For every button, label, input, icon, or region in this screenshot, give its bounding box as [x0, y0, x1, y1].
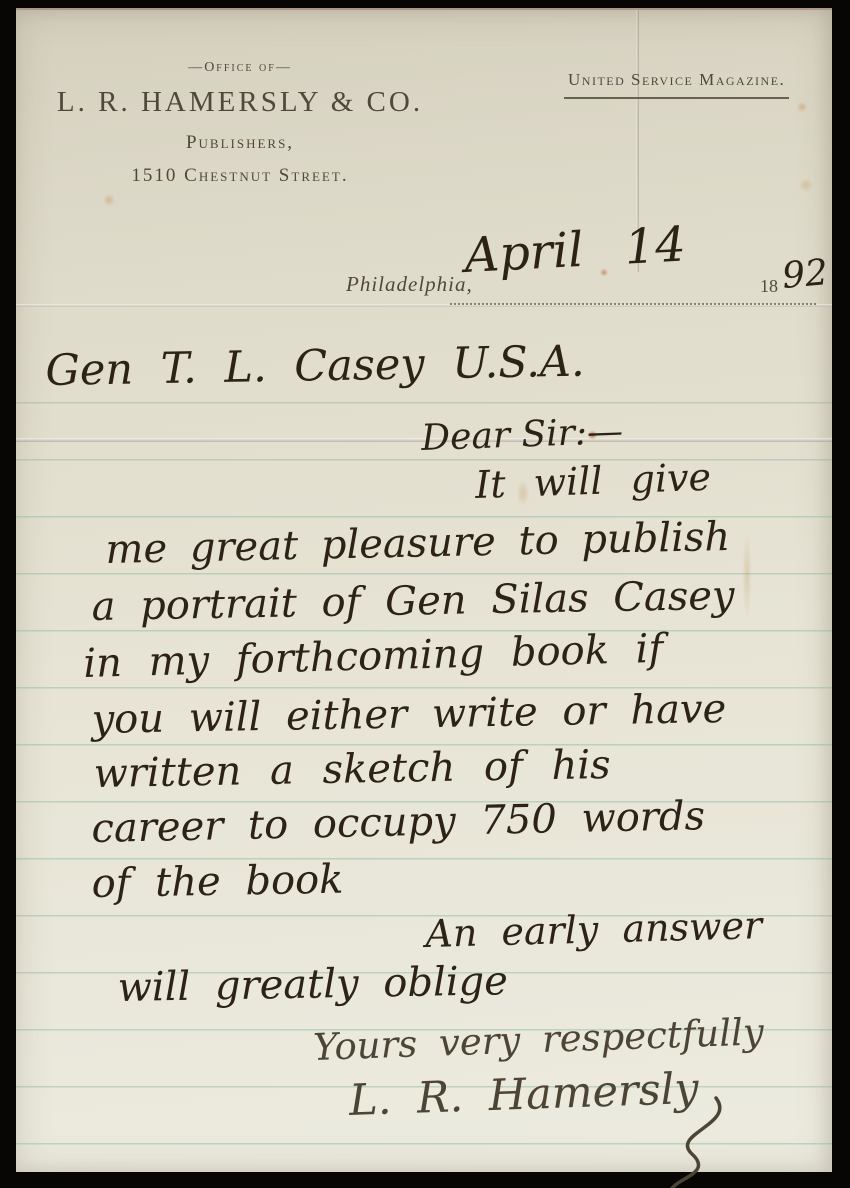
letterhead-publishers: Publishers, — [54, 132, 426, 154]
letter-paper: —Office of— L. R. HAMERSLY & CO. Publish… — [16, 8, 832, 1172]
body-line: career to occupy 750 words — [91, 793, 705, 852]
letterhead-street-address: 1510 Chestnut Street. — [54, 165, 426, 187]
foxing-spot — [796, 102, 808, 112]
body-line: of the book — [91, 857, 344, 907]
body-line: you will either write or have — [91, 686, 726, 743]
body-line: a portrait of Gen Silas Casey — [91, 573, 735, 630]
closing-line: will greatly oblige — [117, 958, 508, 1011]
scanned-letter: —Office of— L. R. HAMERSLY & CO. Publish… — [0, 0, 850, 1188]
body-line: in my forthcoming book if — [83, 626, 664, 687]
handwritten-date: April 14 — [463, 216, 687, 284]
foxing-stain — [742, 530, 752, 620]
foxing-spot — [102, 194, 116, 206]
body-line: It will give — [474, 455, 711, 507]
body-line: me great pleasure to publish — [105, 514, 731, 573]
letterhead-office-of: —Office of— — [54, 60, 426, 76]
dateline-year-prefix: 18 — [760, 276, 778, 297]
recipient-line: Gen T. L. Casey U.S.A. — [45, 337, 585, 396]
valediction: Yours very respectfully — [312, 1010, 764, 1069]
handwritten-year: 92 — [780, 252, 829, 297]
letterhead-magazine-title: United Service Magazine. — [564, 70, 789, 99]
salutation: Dear Sir:— — [421, 411, 624, 459]
body-line: written a sketch of his — [93, 742, 611, 797]
letterhead-company-name: L. R. HAMERSLY & CO. — [54, 86, 426, 119]
letterhead: —Office of— L. R. HAMERSLY & CO. Publish… — [54, 60, 426, 187]
signature-flourish — [644, 1096, 734, 1188]
closing-line: An early answer — [425, 903, 763, 956]
foxing-spot — [798, 178, 814, 192]
